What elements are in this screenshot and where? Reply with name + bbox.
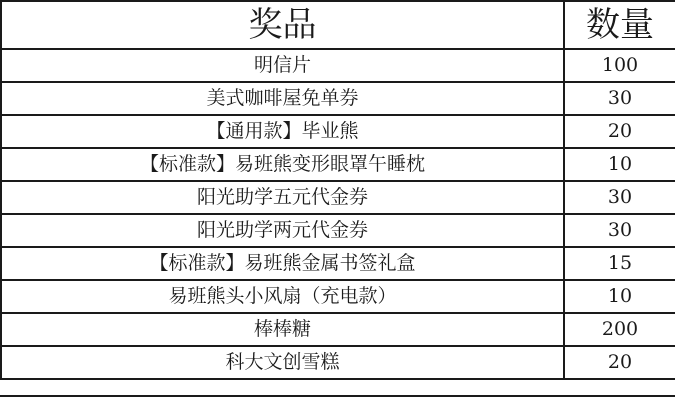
prize-quantity: 30 bbox=[564, 181, 675, 214]
table-header-row: 奖品 数量 bbox=[1, 1, 675, 49]
prize-quantity: 100 bbox=[564, 49, 675, 82]
prize-name: 易班熊头小风扇（充电款） bbox=[1, 280, 564, 313]
table-row: 明信片 100 bbox=[1, 49, 675, 82]
prize-quantity: 10 bbox=[564, 148, 675, 181]
prize-quantity: 15 bbox=[564, 247, 675, 280]
table-row: 阳光助学五元代金券 30 bbox=[1, 181, 675, 214]
prize-quantity: 30 bbox=[564, 82, 675, 115]
prize-quantity-table: 奖品 数量 明信片 100 美式咖啡屋免单券 30 【通用款】毕业熊 20 【标… bbox=[0, 0, 675, 380]
prize-name: 明信片 bbox=[1, 49, 564, 82]
prize-name: 【标准款】易班熊变形眼罩午睡枕 bbox=[1, 148, 564, 181]
prize-name: 科大文创雪糕 bbox=[1, 346, 564, 379]
table-row: 【标准款】易班熊金属书签礼盒 15 bbox=[1, 247, 675, 280]
table-row: 阳光助学两元代金券 30 bbox=[1, 214, 675, 247]
header-prize: 奖品 bbox=[1, 1, 564, 49]
prize-quantity: 20 bbox=[564, 346, 675, 379]
prize-quantity: 200 bbox=[564, 313, 675, 346]
prize-quantity: 30 bbox=[564, 214, 675, 247]
table-row: 科大文创雪糕 20 bbox=[1, 346, 675, 379]
table-row: 【通用款】毕业熊 20 bbox=[1, 115, 675, 148]
prize-quantity: 20 bbox=[564, 115, 675, 148]
table-row: 美式咖啡屋免单券 30 bbox=[1, 82, 675, 115]
header-quantity: 数量 bbox=[564, 1, 675, 49]
prize-name: 【通用款】毕业熊 bbox=[1, 115, 564, 148]
prize-quantity: 10 bbox=[564, 280, 675, 313]
prize-name: 阳光助学五元代金券 bbox=[1, 181, 564, 214]
prize-name: 美式咖啡屋免单券 bbox=[1, 82, 564, 115]
prize-name: 阳光助学两元代金券 bbox=[1, 214, 564, 247]
table-row: 易班熊头小风扇（充电款） 10 bbox=[1, 280, 675, 313]
table-row: 棒棒糖 200 bbox=[1, 313, 675, 346]
prize-name: 棒棒糖 bbox=[1, 313, 564, 346]
table-row: 【标准款】易班熊变形眼罩午睡枕 10 bbox=[1, 148, 675, 181]
prize-name: 【标准款】易班熊金属书签礼盒 bbox=[1, 247, 564, 280]
